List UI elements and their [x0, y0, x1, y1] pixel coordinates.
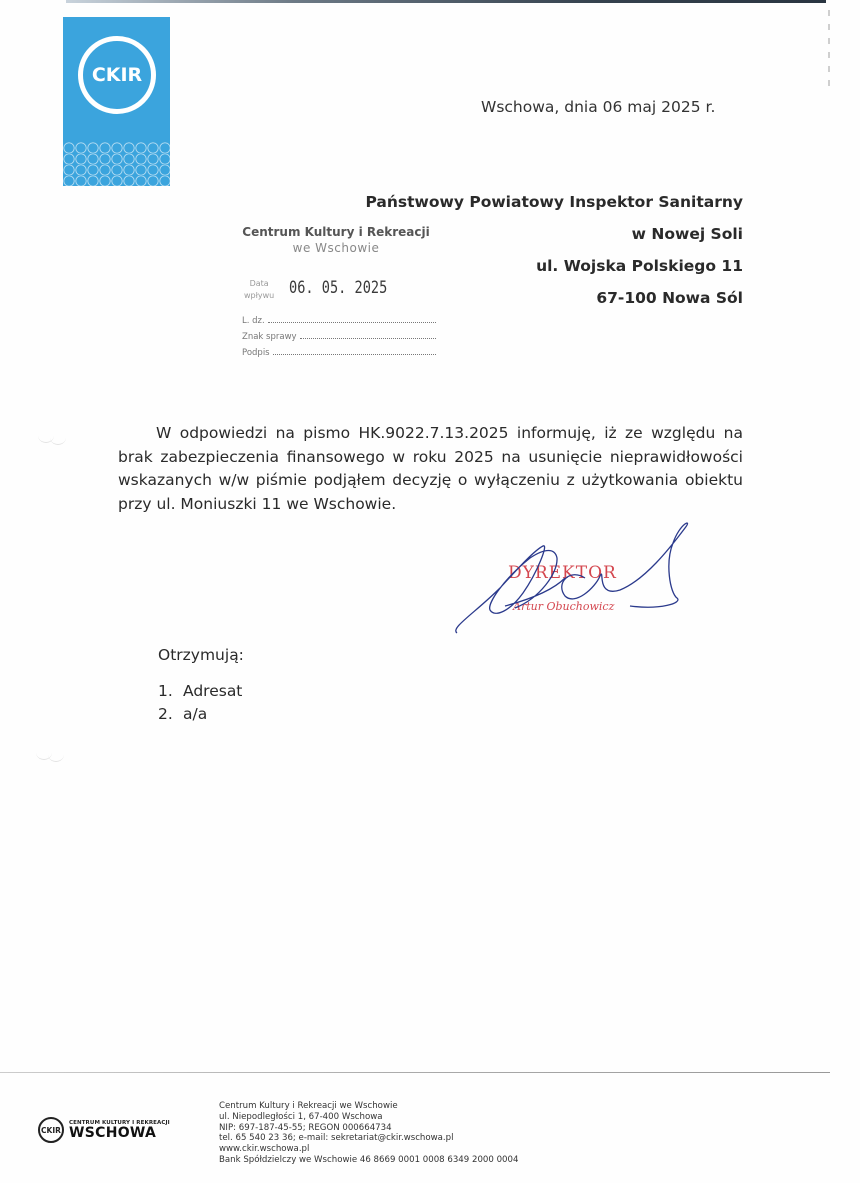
stamp-field-label: Podpis: [242, 348, 270, 358]
stamp-subtitle: we Wschowie: [236, 241, 436, 255]
stamp-field-podpis: Podpis: [242, 347, 436, 358]
scan-top-edge: [66, 0, 826, 3]
logo-pattern: [63, 142, 170, 186]
stamp-field-znak: Znak sprawy: [242, 331, 436, 342]
stamp-date-label-1: Data: [244, 278, 274, 290]
list-item-text: Adresat: [183, 682, 242, 700]
punch-hole-top: [38, 428, 66, 444]
list-item: 2.a/a: [158, 703, 242, 726]
stamp-date-label-2: wpływu: [244, 290, 274, 302]
footer-info-line: www.ckir.wschowa.pl: [219, 1144, 518, 1155]
place-date: Wschowa, dnia 06 maj 2025 r.: [481, 98, 715, 116]
stamp-title: Centrum Kultury i Rekreacji: [236, 225, 436, 239]
receipt-stamp: Centrum Kultury i Rekreacji we Wschowie …: [236, 225, 436, 358]
stamp-date-row: Data wpływu 06. 05. 2025: [236, 278, 436, 310]
footer-info-line: tel. 65 540 23 36; e-mail: sekretariat@c…: [219, 1133, 518, 1144]
stamp-field-label: Znak sprawy: [242, 332, 297, 342]
stamp-field-ldz: L. dz.: [242, 315, 436, 326]
footer-logo-ring: CKIR: [38, 1117, 64, 1143]
stamp-date-label: Data wpływu: [244, 278, 274, 302]
handwritten-signature-icon: [445, 518, 695, 643]
stamp-field-label: L. dz.: [242, 316, 265, 326]
letter-body: W odpowiedzi na pismo HK.9022.7.13.2025 …: [118, 422, 743, 516]
dotted-line: [273, 347, 436, 355]
footer-info-line: ul. Niepodległości 1, 67-400 Wschowa: [219, 1112, 518, 1123]
list-item-number: 2.: [158, 703, 183, 726]
footer-info-line: Centrum Kultury i Rekreacji we Wschowie: [219, 1101, 518, 1112]
list-item-text: a/a: [183, 705, 207, 723]
list-item: 1.Adresat: [158, 680, 242, 703]
footer-contact-info: Centrum Kultury i Rekreacji we Wschowie …: [219, 1101, 518, 1166]
punch-hole-bottom: [36, 745, 64, 761]
body-paragraph: W odpowiedzi na pismo HK.9022.7.13.2025 …: [118, 422, 743, 516]
logo-ring: CKIR: [78, 36, 156, 114]
recipients-list: 1.Adresat 2.a/a: [158, 680, 242, 726]
recipient-line: Państwowy Powiatowy Inspektor Sanitarny: [365, 186, 743, 218]
recipients-label: Otrzymują:: [158, 646, 244, 664]
scan-edge-marks: [828, 10, 830, 90]
footer-info-line: Bank Spółdzielczy we Wschowie 46 8669 00…: [219, 1155, 518, 1166]
footer-divider: [0, 1072, 830, 1073]
list-item-number: 1.: [158, 680, 183, 703]
footer-info-line: NIP: 697-187-45-55; REGON 000664734: [219, 1123, 518, 1134]
footer-logo-title: WSCHOWA: [69, 1126, 170, 1140]
dotted-line: [268, 315, 436, 323]
stamp-date-value: 06. 05. 2025: [289, 278, 387, 298]
footer-logo-text: CENTRUM KULTURY I REKREACJI WSCHOWA: [69, 1120, 170, 1140]
signature-block: DYREKTOR Artur Obuchowicz: [445, 518, 695, 643]
ckir-logo: CKIR: [63, 17, 170, 186]
footer-logo: CKIR CENTRUM KULTURY I REKREACJI WSCHOWA: [38, 1117, 170, 1143]
dotted-line: [300, 331, 436, 339]
